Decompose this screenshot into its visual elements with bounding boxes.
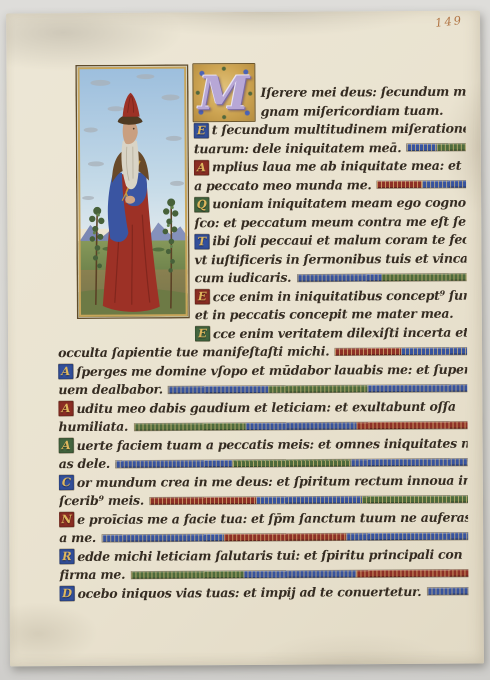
- psalm-line: Auerte faciem tuam a peccatis meis: et o…: [59, 434, 468, 455]
- psalm-text-block: Iſerere mei deus: ſecundum magnam miſeri…: [6, 11, 484, 667]
- psalm-line: Ne proīcias me a facie tua: et ſp̄m ſanc…: [59, 508, 468, 529]
- versal-initial: E: [195, 289, 210, 304]
- line-filler-segment: [297, 274, 382, 282]
- line-filler: [102, 532, 468, 541]
- psalm-line-text: gnam miſericordiam tuam.: [261, 101, 444, 121]
- line-filler-segment: [116, 460, 233, 468]
- psalm-line: a peccato meo munda me.: [194, 175, 466, 195]
- psalm-line: Auditu meo dabis gaudium et leticiam: et…: [58, 397, 467, 418]
- line-filler-segment: [346, 532, 468, 540]
- psalm-line-text: ſco: et peccatum meum contra me eſt ſemp…: [194, 212, 466, 232]
- versal-initial: T: [194, 234, 209, 249]
- versal-initial: D: [60, 586, 75, 601]
- line-filler-segment: [362, 495, 468, 503]
- line-filler: [150, 495, 468, 504]
- psalm-line: occulta ſapientie tue manifeſtaſti michi…: [58, 342, 467, 363]
- line-filler-segment: [102, 534, 224, 542]
- psalm-line-text: ſperges me domine vſopo et mūdabor lauab…: [76, 360, 467, 381]
- line-filler-segment: [335, 348, 401, 355]
- psalm-line-text: ſcerib⁹ meis.: [59, 492, 144, 511]
- psalm-line-text: e proīcias me a facie tua: et ſp̄m ſanct…: [77, 508, 468, 529]
- psalm-line-text: uditu meo dabis gaudium et leticiam: et …: [76, 397, 455, 418]
- line-filler: [169, 384, 468, 393]
- line-filler: [335, 347, 467, 355]
- psalm-line-text: a me.: [59, 529, 96, 548]
- line-filler: [131, 569, 468, 578]
- line-filler-segment: [256, 496, 362, 504]
- psalm-line-text: a peccato meo munda me.: [194, 176, 372, 196]
- psalm-line: Ecce enim in iniquitatibus concept⁹ ſum:: [195, 286, 467, 306]
- psalm-line: Docebo iniquos vias tuas: et impij ad te…: [60, 582, 469, 603]
- versal-initial: N: [59, 512, 74, 527]
- psalm-line-text: humiliata.: [58, 418, 128, 437]
- psalm-line-text: t ſecundum multitudinem miſerationem: [212, 120, 466, 140]
- psalm-line: Quoniam iniquitatem meam ego cogno: [194, 194, 466, 214]
- line-filler: [407, 144, 466, 151]
- psalm-line: et in peccatis concepit me mater mea.: [195, 305, 467, 325]
- photo-background: { "page": { "folio_number": "149", "desc…: [0, 0, 490, 680]
- line-filler-segment: [233, 459, 350, 467]
- line-filler-segment: [427, 588, 468, 595]
- psalm-line-text: as dele.: [59, 455, 110, 474]
- psalm-line-text: tuarum: dele iniquitatem meā.: [194, 139, 402, 159]
- psalm-line: cum iudicaris.: [195, 268, 467, 288]
- line-filler: [134, 421, 468, 430]
- versal-initial: R: [59, 549, 74, 564]
- line-filler: [116, 458, 468, 467]
- psalm-line-text: firma me.: [59, 566, 125, 585]
- line-filler-segment: [368, 384, 468, 392]
- versal-initial: C: [59, 475, 74, 490]
- line-filler-segment: [382, 273, 467, 281]
- line-filler-segment: [150, 497, 256, 505]
- psalm-line: ſcerib⁹ meis.: [59, 490, 468, 511]
- psalm-line: ſco: et peccatum meum contra me eſt ſemp…: [194, 212, 466, 232]
- psalm-line-text: cce enim veritatem dilexiſti incerta et: [213, 323, 467, 343]
- versal-initial: E: [194, 123, 209, 138]
- versal-initial: E: [195, 326, 210, 341]
- psalm-line-text: occulta ſapientie tue manifeſtaſti michi…: [58, 342, 329, 362]
- psalm-line: uem dealbabor.: [58, 379, 467, 400]
- line-filler-segment: [131, 571, 243, 579]
- psalm-line-text: uem dealbabor.: [58, 381, 163, 400]
- psalm-line: Tibi ſoli peccaui et malum coram te feci…: [194, 231, 466, 251]
- versal-initial: A: [194, 160, 209, 175]
- psalm-line: Ecce enim veritatem dilexiſti incerta et: [195, 323, 467, 343]
- psalm-line-text: uerte faciem tuam a peccatis meis: et om…: [77, 434, 468, 455]
- versal-initial: A: [58, 401, 73, 416]
- psalm-line: tuarum: dele iniquitatem meā.: [194, 138, 466, 158]
- manuscript-page: 149: [6, 11, 484, 667]
- psalm-line: a me.: [59, 527, 468, 548]
- line-filler-segment: [401, 347, 467, 354]
- psalm-line: Cor mundum crea in me deus: et ſpiritum …: [59, 471, 468, 492]
- psalm-line-text: et in peccatis concepit me mater mea.: [195, 305, 454, 325]
- line-filler-segment: [244, 570, 356, 578]
- line-filler-segment: [245, 422, 356, 430]
- psalm-line: Amplius laua me ab iniquitate mea: et: [194, 157, 466, 177]
- psalm-line: firma me.: [59, 564, 468, 585]
- line-filler-segment: [356, 569, 468, 577]
- psalm-line: gnam miſericordiam tuam.: [261, 101, 466, 121]
- psalm-line: humiliata.: [58, 416, 467, 437]
- psalm-line-text: cum iudicaris.: [195, 269, 292, 288]
- psalm-line-text: ibi ſoli peccaui et malum coram te feci:: [212, 231, 466, 251]
- line-filler-segment: [422, 181, 466, 188]
- line-filler-segment: [268, 385, 368, 393]
- line-filler-segment: [169, 386, 269, 394]
- line-filler: [297, 273, 466, 281]
- line-filler-segment: [437, 144, 466, 151]
- line-filler-segment: [350, 458, 467, 466]
- line-filler-segment: [407, 144, 436, 151]
- psalm-line: Iſerere mei deus: ſecundum ma: [260, 83, 465, 103]
- psalm-line-text: Iſerere mei deus: ſecundum ma: [260, 83, 465, 103]
- psalm-line-text: mplius laua me ab iniquitate mea: et: [212, 157, 461, 177]
- line-filler-segment: [224, 533, 346, 541]
- line-filler: [377, 181, 466, 189]
- psalm-line-text: vt iuſtificeris in ſermonibus tuis et vi…: [194, 249, 466, 269]
- psalm-line-text: uoniam iniquitatem meam ego cogno: [212, 194, 466, 214]
- psalm-line-text: cce enim in iniquitatibus concept⁹ ſum:: [213, 286, 467, 306]
- line-filler: [427, 588, 468, 595]
- versal-initial: A: [59, 438, 74, 453]
- line-filler-segment: [356, 421, 467, 429]
- psalm-line: Aſperges me domine vſopo et mūdabor laua…: [58, 360, 467, 381]
- line-filler-segment: [134, 423, 245, 431]
- psalm-line-text: or mundum crea in me deus: et ſpiritum r…: [77, 471, 468, 492]
- line-filler-segment: [377, 181, 421, 188]
- psalm-line: Et ſecundum multitudinem miſerationem: [194, 120, 466, 140]
- psalm-line: vt iuſtificeris in ſermonibus tuis et vi…: [194, 249, 466, 269]
- psalm-line-text: ocebo iniquos vias tuas: et impij ad te …: [77, 582, 421, 603]
- psalm-line: Redde michi leticiam ſalutaris tui: et ſ…: [59, 545, 468, 566]
- versal-initial: A: [58, 364, 73, 379]
- psalm-line: as dele.: [59, 453, 468, 474]
- psalm-line-text: edde michi leticiam ſalutaris tui: et ſp…: [77, 545, 462, 566]
- versal-initial: Q: [194, 197, 209, 212]
